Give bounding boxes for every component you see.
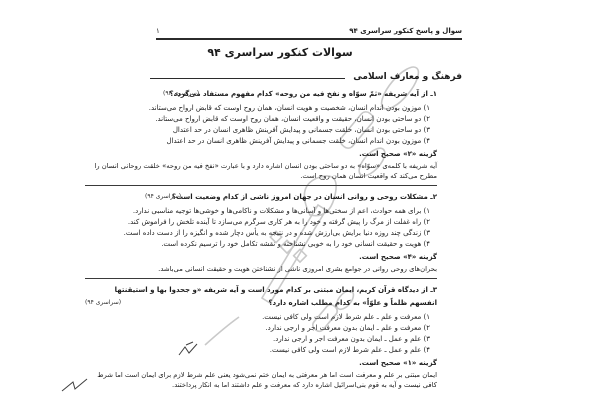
option-item: ۱) معرفت و علم ـ علم شرط لازم است ولی کا…: [85, 312, 437, 323]
section-title: فرهنگ و معارف اسلامی: [353, 72, 462, 82]
section-header: فرهنگ و معارف اسلامی: [150, 72, 462, 82]
question-text: ۱ـ از آیه شریفه «ثمّ سوّاه و نفخ فیه من …: [85, 88, 437, 101]
question-block-1: ۱ـ از آیه شریفه «ثمّ سوّاه و نفخ فیه من …: [85, 88, 437, 186]
page-number: ۱: [156, 27, 160, 35]
option-item: ۲) معرفت و علم ـ ایمان بدون معرفت اجر و …: [85, 323, 437, 334]
exam-source-tag: (سراسری ۹۴): [145, 190, 181, 203]
question-row: ۱ـ از آیه شریفه «ثمّ سوّاه و نفخ فیه من …: [85, 88, 437, 101]
options-list: ۱) برای همه حوادث، اعم از سختی‌ها و آسان…: [85, 206, 437, 250]
page-header: سوال و پاسخ کنکور سراسری ۹۴ ۱: [156, 27, 462, 40]
option-item: ۴) هویت و حقیقت انسانی خود را به خوبی نش…: [85, 239, 437, 250]
option-item: ۲) راه غفلت از مرگ را پیش گرفته و خود را…: [85, 217, 437, 228]
questions-area: ۱ـ از آیه شریفه «ثمّ سوّاه و نفخ فیه من …: [85, 88, 437, 394]
scanned-document-page: سوال و پاسخ کنکور سراسری ۹۴ ۱ سوالات کنک…: [0, 0, 600, 400]
option-item: ۲) دو ساحتی بودن انسان، حقیقت و واقعیت ا…: [85, 114, 437, 125]
answer-line: گزینه «۲» صحیح است.: [85, 148, 437, 160]
question-block-2: ۲ـ مشکلات روحی و روانی انسان در جهان امر…: [85, 191, 437, 279]
explanation-text: ایمان مبتنی بر علم و معرفت است اما هر مع…: [85, 370, 437, 390]
explanation-text: آیه شریفه با کلمه‌ی «سوّاه» به دو ساحتی …: [85, 161, 437, 181]
exam-source-tag: (سراسری ۹۴): [163, 87, 199, 100]
option-item: ۳) علم و عمل ـ ایمان بدون معرفت اجر و ار…: [85, 334, 437, 345]
answer-line: گزینه «۱» صحیح است.: [85, 357, 437, 369]
options-list: ۱) معرفت و علم ـ علم شرط لازم است ولی کا…: [85, 312, 437, 356]
header-title: سوال و پاسخ کنکور سراسری ۹۴: [349, 27, 462, 35]
option-item: ۳) دو ساحتی بودن انسان، خلقت جسمانی و پی…: [85, 125, 437, 136]
question-row: ۲ـ مشکلات روحی و روانی انسان در جهان امر…: [85, 191, 437, 204]
explanation-text: بحران‌های روحی روانی در جوامع بشری امروز…: [85, 264, 437, 274]
option-item: ۱) برای همه حوادث، اعم از سختی‌ها و آسان…: [85, 206, 437, 217]
option-item: ۱) موزون بودن اندام انسان، شخصیت و هویت …: [85, 103, 437, 114]
question-text: ۳ـ از دیدگاه قرآن کریم، ایمان مبتنی بر ک…: [85, 284, 437, 310]
question-row: ۳ـ از دیدگاه قرآن کریم، ایمان مبتنی بر ک…: [85, 284, 437, 310]
question-text: ۲ـ مشکلات روحی و روانی انسان در جهان امر…: [85, 191, 437, 204]
option-item: ۴) موزون بودن اندام انسان، خلقت جسمانی و…: [85, 136, 437, 147]
answer-line: گزینه «۴» صحیح است.: [85, 251, 437, 263]
exam-source-tag: (سراسری ۹۴): [85, 296, 121, 309]
option-item: ۴) علم و عمل ـ علم شرط لازم است ولی کافی…: [85, 345, 437, 356]
document-title: سوالات کنکور سراسری ۹۴: [160, 46, 400, 59]
section-rule: [150, 78, 345, 79]
question-block-3: ۳ـ از دیدگاه قرآن کریم، ایمان مبتنی بر ک…: [85, 284, 437, 394]
option-item: ۳) زندگی چند روزه دنیا برایش بی‌ارزش شده…: [85, 228, 437, 239]
options-list: ۱) موزون بودن اندام انسان، شخصیت و هویت …: [85, 103, 437, 147]
